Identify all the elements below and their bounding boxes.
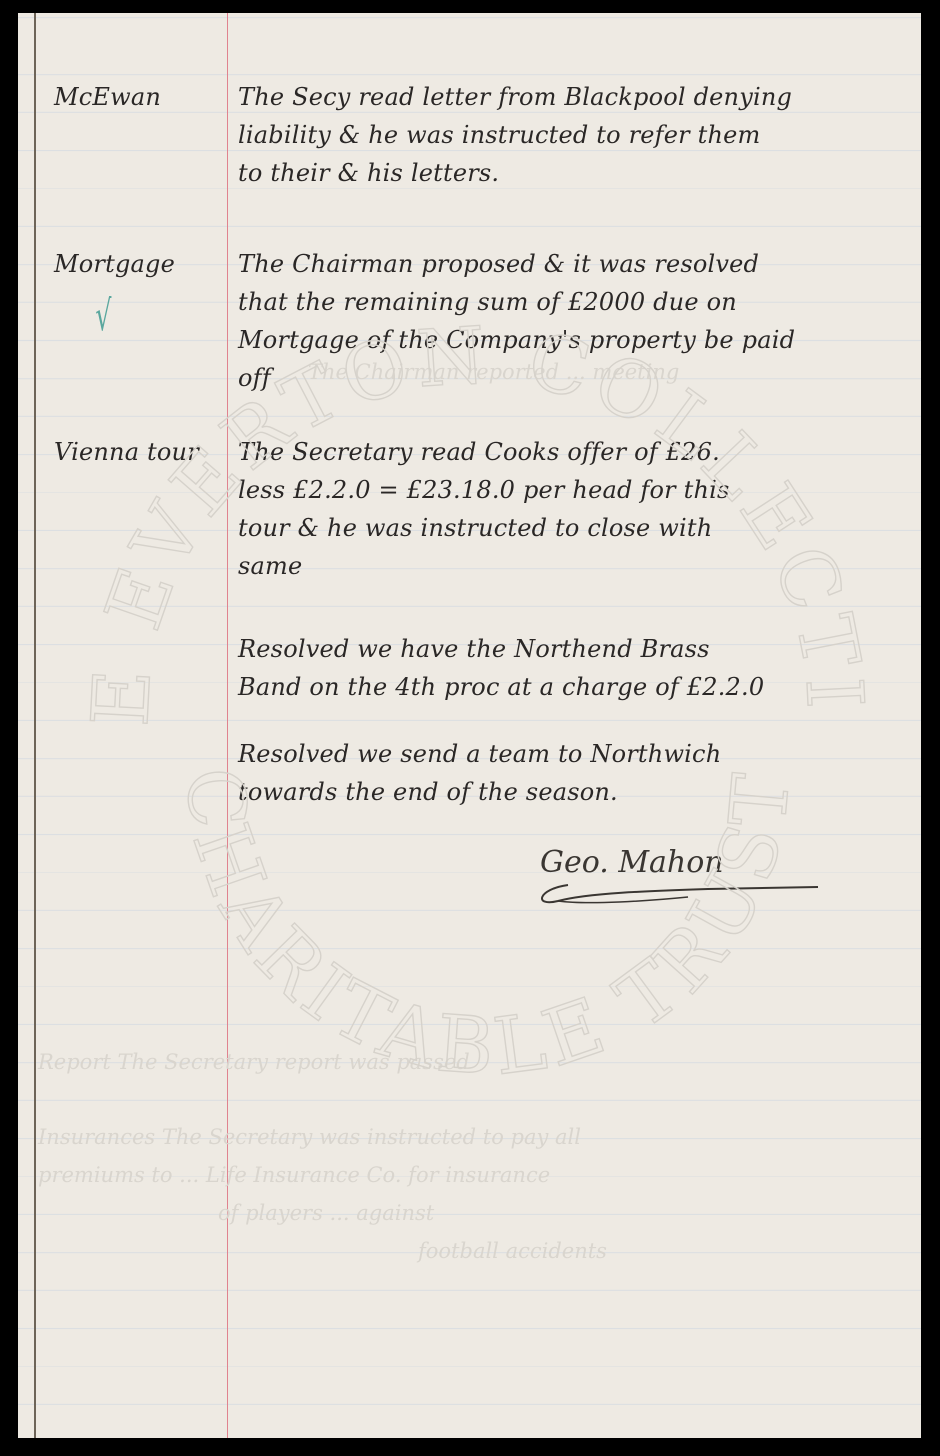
entry-line: Resolved we have the Northend Brass [238,630,908,668]
binding-edge [34,13,36,1438]
entry-line: to their & his letters. [238,154,908,192]
entry-line: same [238,547,908,585]
show-through-text: premiums to ... Life Insurance Co. for i… [38,1156,550,1194]
show-through-text: of players ... against [218,1194,434,1232]
entry-line: towards the end of the season. [238,773,908,811]
entry-line: off [238,359,908,397]
entry-line: Resolved we send a team to Northwich [238,735,908,773]
entry-line: liability & he was instructed to refer t… [238,116,908,154]
entry-line: The Secretary read Cooks offer of £26. [238,433,908,471]
show-through-text: Insurances The Secretary was instructed … [38,1118,581,1156]
entry-line: Band on the 4th proc at a charge of £2.2… [238,668,908,706]
signature-flourish [528,879,828,909]
check-mark-icon: √ [95,291,111,340]
entry-label-mcewan: McEwan [54,78,161,116]
entry-line: Mortgage of the Company's property be pa… [238,321,908,359]
watermark: THE EVERTON COLLECTION CHARITABLE TRUST [18,13,921,1438]
entry-line: that the remaining sum of £2000 due on [238,283,908,321]
show-through-text: Report The Secretary report was passed [38,1043,470,1081]
entry-line: less £2.2.0 = £23.18.0 per head for this [238,471,908,509]
entry-line: The Chairman proposed & it was resolved [238,245,908,283]
entry-label-vienna-tour: Vienna tour [54,433,199,471]
show-through-text: football accidents [418,1232,607,1270]
entry-label-mortgage: Mortgage [54,245,175,283]
signature: Geo. Mahon [540,845,724,880]
entry-line: The Secy read letter from Blackpool deny… [238,78,908,116]
entry-line: tour & he was instructed to close with [238,509,908,547]
minute-book-page: The Chairman reported ... meeting Report… [18,13,921,1438]
